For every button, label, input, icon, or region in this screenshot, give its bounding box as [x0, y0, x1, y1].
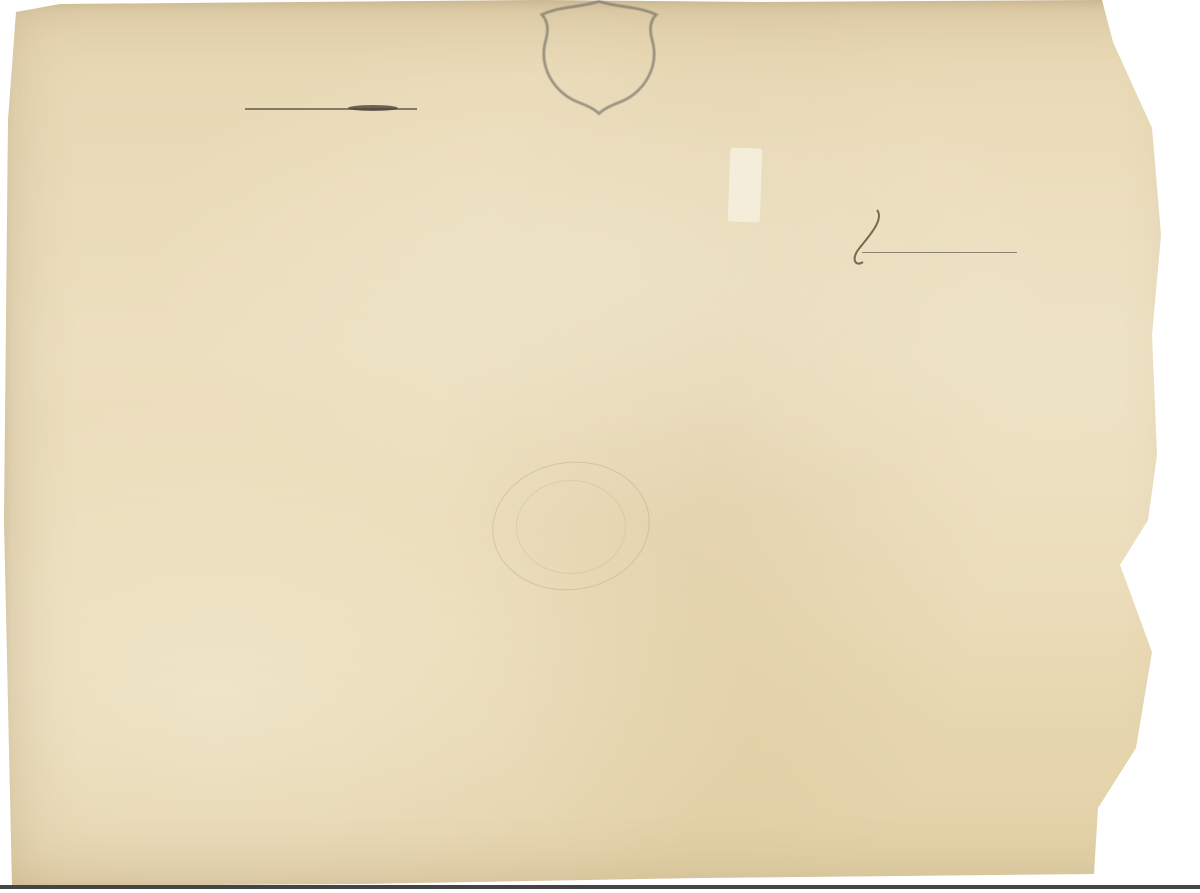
- milwaukee-records-shield-stamp: [533, 0, 665, 120]
- shield-stamp-outline: [533, 0, 665, 120]
- paper-sheet: [0, 0, 1200, 893]
- title-rule-ornament: [348, 105, 398, 111]
- torn-paper-gap: [728, 147, 763, 222]
- ls-seal: [55, 615, 135, 677]
- scanned-document: [0, 0, 1200, 893]
- scanner-edge-line: [0, 885, 1200, 889]
- pen-flourish: [845, 208, 887, 270]
- embossed-seal-ghost-inner: [516, 480, 626, 574]
